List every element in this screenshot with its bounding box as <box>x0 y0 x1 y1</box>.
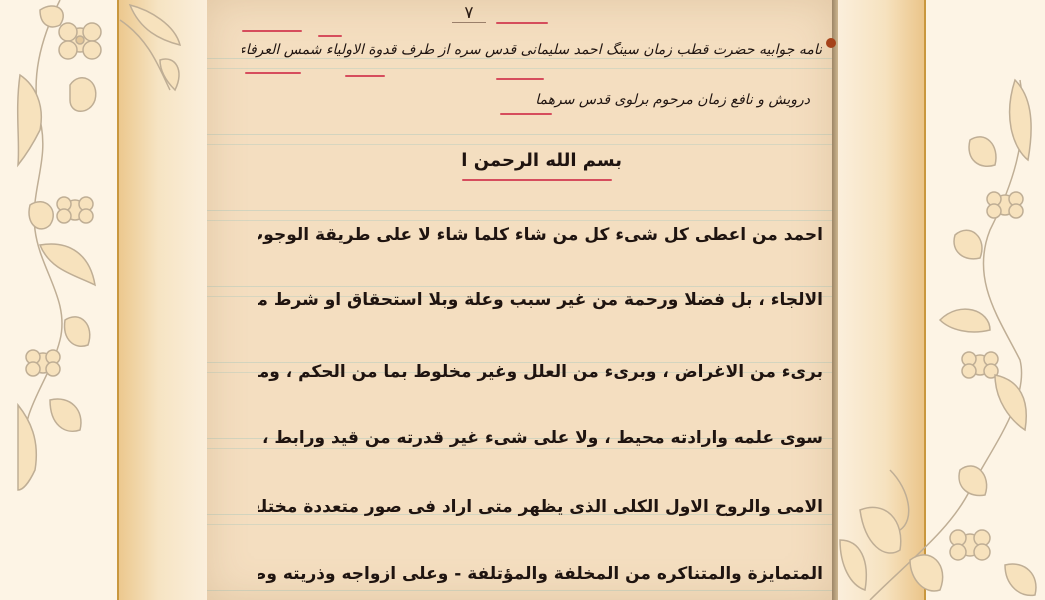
body-line-2: الالجاء ، بل فضلا ورحمة من غیر سبب وعلة … <box>258 290 823 310</box>
page-edge-shadow <box>832 0 838 600</box>
body-line-3: بریء من الاغراض ، وبریء من العلل وغیر مخ… <box>258 362 823 382</box>
heading-line-2: درویش و نافع زمان مرحوم برلوی قدس سرهما <box>440 92 810 108</box>
basmala: بسم الله الرحمن الرحیم <box>462 150 622 171</box>
left-floral-ornament-icon <box>0 0 210 600</box>
rubric-underline <box>500 113 552 115</box>
body-line-4: سوی علمه وارادته محیط ، ولا علی شیء غیر … <box>258 428 823 448</box>
rubric-underline <box>345 75 385 77</box>
right-floral-ornament-icon <box>830 0 1045 600</box>
heading-line-1: نامه جوابیه حضرت قطب زمان سینگ احمد سلیم… <box>242 42 822 58</box>
ink-stain-mark <box>826 38 836 48</box>
body-line-1: احمد من اعطی کل شیء کل من شاء کلما شاء ل… <box>258 225 823 245</box>
rubric-underline <box>496 22 548 24</box>
page-number: ٧ <box>452 4 486 23</box>
rubric-underline <box>242 30 302 32</box>
body-line-5: الامی والروح الاول الکلی الذی یظهر متی ا… <box>258 497 823 517</box>
rubric-underline <box>496 78 544 80</box>
body-line-6: المتمایزة والمتناکره من المخلفة والمؤتلف… <box>258 564 823 584</box>
rubric-underline <box>245 72 301 74</box>
rubric-underline <box>318 35 342 37</box>
rubric-underline <box>462 179 612 181</box>
